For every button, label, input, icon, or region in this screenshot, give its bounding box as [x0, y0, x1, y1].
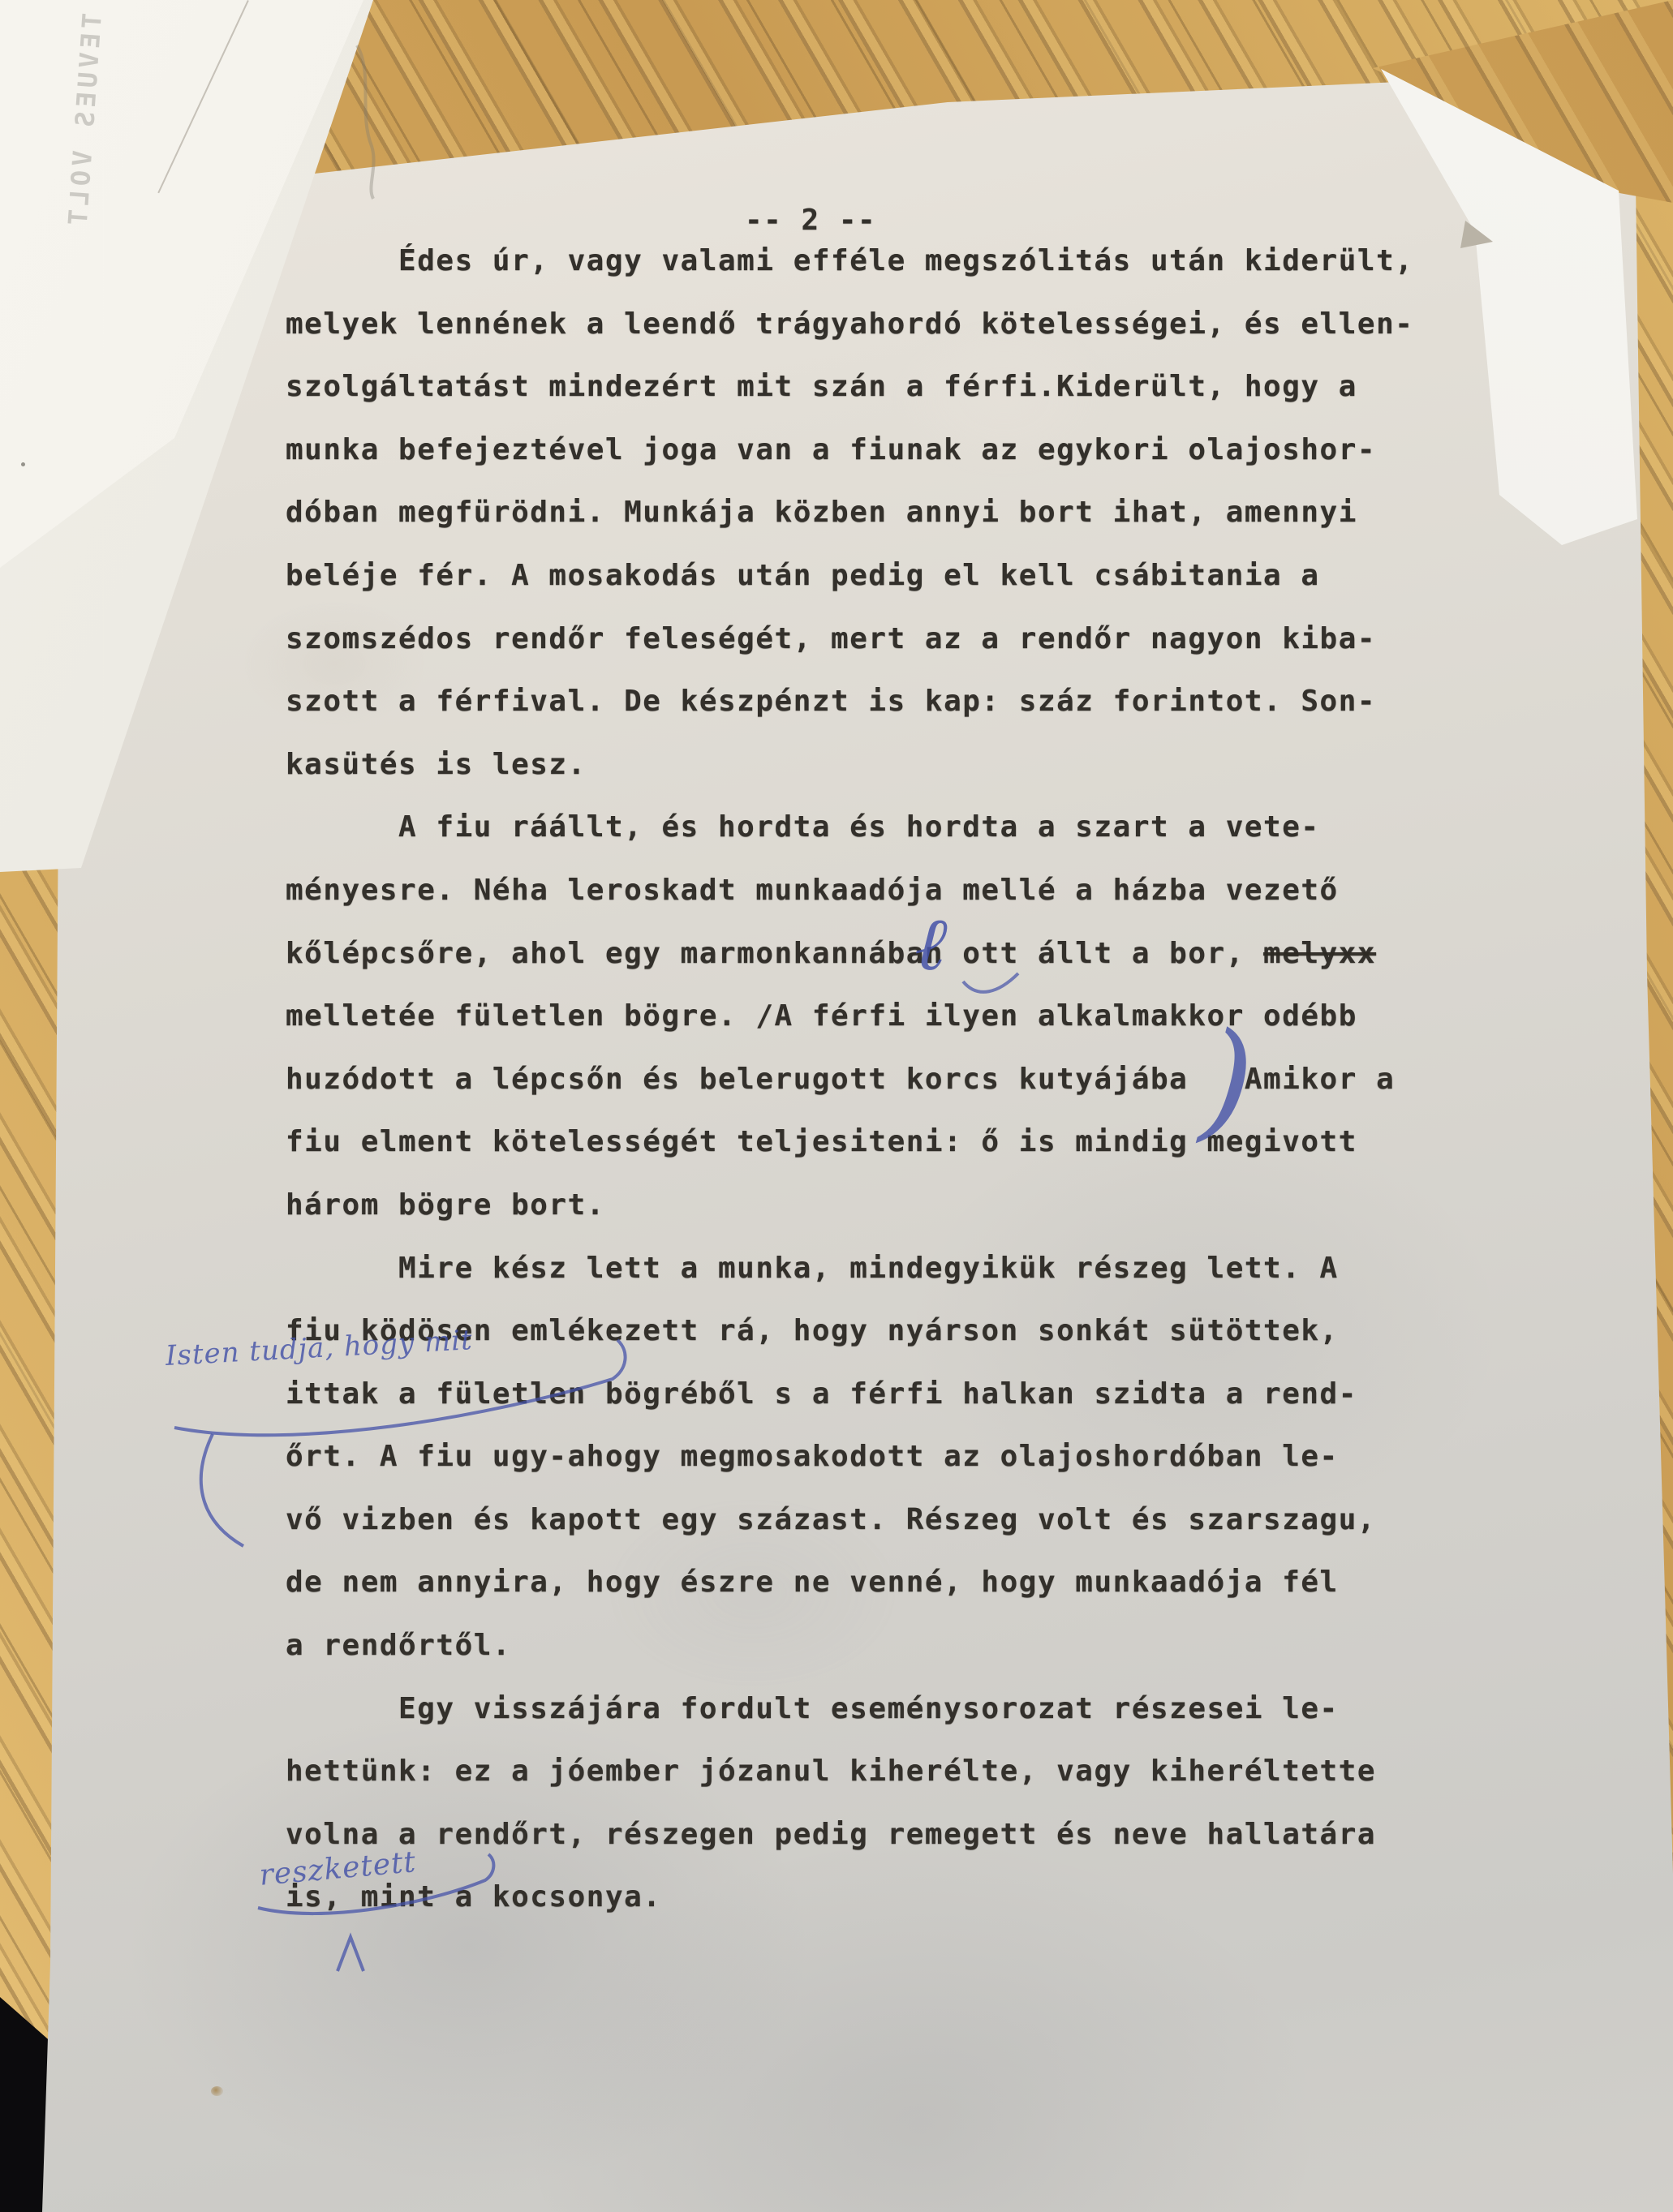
paper-stain	[211, 2086, 223, 2096]
typed-line-text: kőlépcsőre, ahol egy marmonkannában ott …	[286, 937, 1263, 970]
struck-out-word: melyxx	[1263, 937, 1376, 970]
typed-line: hettünk: ez a jóember józanul kiherélte,…	[286, 1740, 1503, 1803]
typed-line: kasütés is lesz.	[286, 733, 1503, 797]
typed-line: fiu elment kötelességét teljesiteni: ő i…	[286, 1110, 1503, 1174]
typed-line: szomszédos rendőr feleségét, mert az a r…	[286, 608, 1503, 671]
typed-line: melletée fületlen bögre. /A férfi ilyen …	[286, 985, 1503, 1048]
typed-line: Mire kész lett a munka, mindegyikük rész…	[286, 1237, 1503, 1300]
typed-line: Egy visszájára fordult eseménysorozat ré…	[286, 1677, 1503, 1741]
ink-speck	[21, 462, 25, 466]
typed-line: ményesre. Néha leroskadt munkaadója mell…	[286, 859, 1503, 922]
typed-line: a rendőrtől.	[286, 1614, 1503, 1677]
photo-of-typewritten-page: TEVUES VOLT -- 2 -- Édes úr, vagy valami…	[0, 0, 1673, 2212]
typed-line: munka befejeztével joga van a fiunak az …	[286, 419, 1503, 482]
typed-line: melyek lennének a leendő trágyahordó köt…	[286, 293, 1503, 356]
insertion-caret-and-underline	[243, 1851, 511, 1981]
typed-line: három bögre bort.	[286, 1174, 1503, 1237]
typed-line: dóban megfürödni. Munkája közben annyi b…	[286, 481, 1503, 544]
typed-line: szott a férfival. De készpénzt is kap: s…	[286, 670, 1503, 733]
typed-line: szolgáltatást mindezért mit szán a férfi…	[286, 355, 1503, 419]
handwritten-letter-correction: ℓ	[913, 906, 949, 982]
margin-note-underline	[154, 1330, 657, 1566]
typed-text-block: Édes úr, vagy valami efféle megszólitás …	[286, 230, 1503, 1929]
handwritten-closing-paren: )	[1198, 1014, 1257, 1147]
handwritten-scribble	[961, 967, 1026, 1003]
typed-line: A fiu ráállt, és hordta és hordta a szar…	[286, 796, 1503, 859]
typed-line-with-strikeout: kőlépcsőre, ahol egy marmonkannában ott …	[286, 922, 1503, 986]
typed-line: beléje fér. A mosakodás után pedig el ke…	[286, 544, 1503, 608]
typed-line: huzódott a lépcsőn és belerugott korcs k…	[286, 1048, 1503, 1111]
typed-line: Édes úr, vagy valami efféle megszólitás …	[286, 230, 1503, 293]
pencil-mark	[349, 41, 398, 203]
